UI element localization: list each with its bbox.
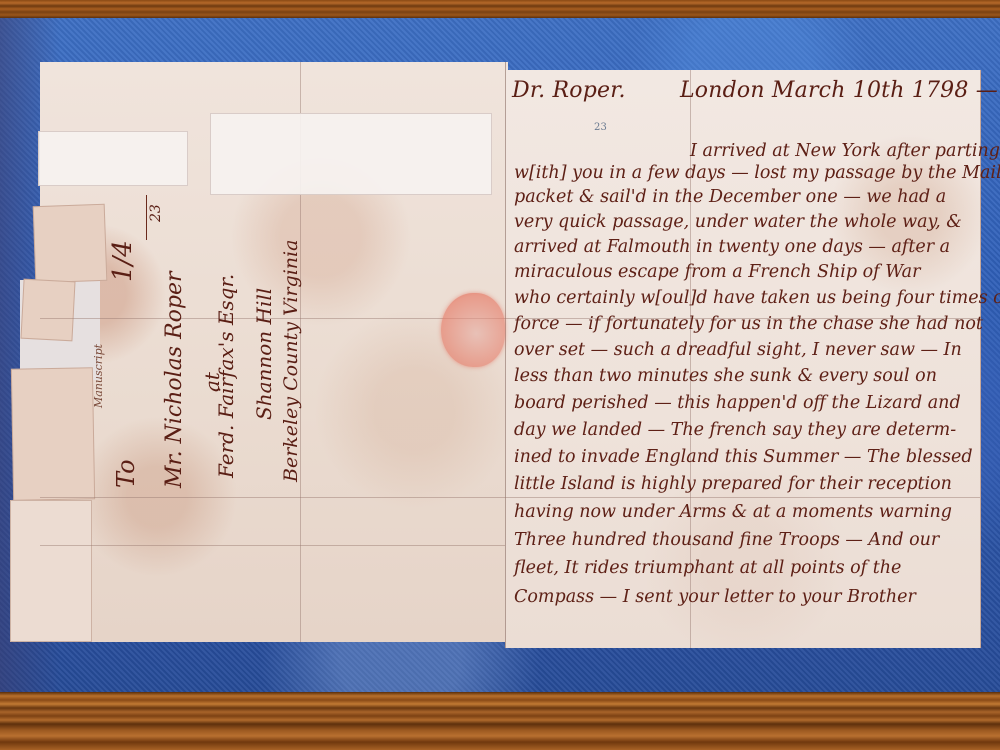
- address-line: Ferd. Fairfax's Esqr.: [214, 274, 238, 478]
- postal-rate-mark: 1/4: [108, 240, 138, 282]
- address-line: Shannon Hill: [252, 288, 276, 420]
- address-line: Mr. Nicholas Roper: [162, 272, 187, 489]
- postal-fraction-mark: 23: [148, 204, 164, 222]
- address-block: To Mr. Nicholas Roper at Ferd. Fairfax's…: [0, 0, 1000, 750]
- address-line: To: [112, 459, 140, 488]
- address-line: Berkeley County Virginia: [280, 240, 302, 482]
- postal-side-note: Manuscript: [92, 344, 105, 408]
- postal-mark-rule: [146, 195, 147, 240]
- letter: Dr. Roper. London March 10th 1798 — 23 I…: [0, 0, 1000, 750]
